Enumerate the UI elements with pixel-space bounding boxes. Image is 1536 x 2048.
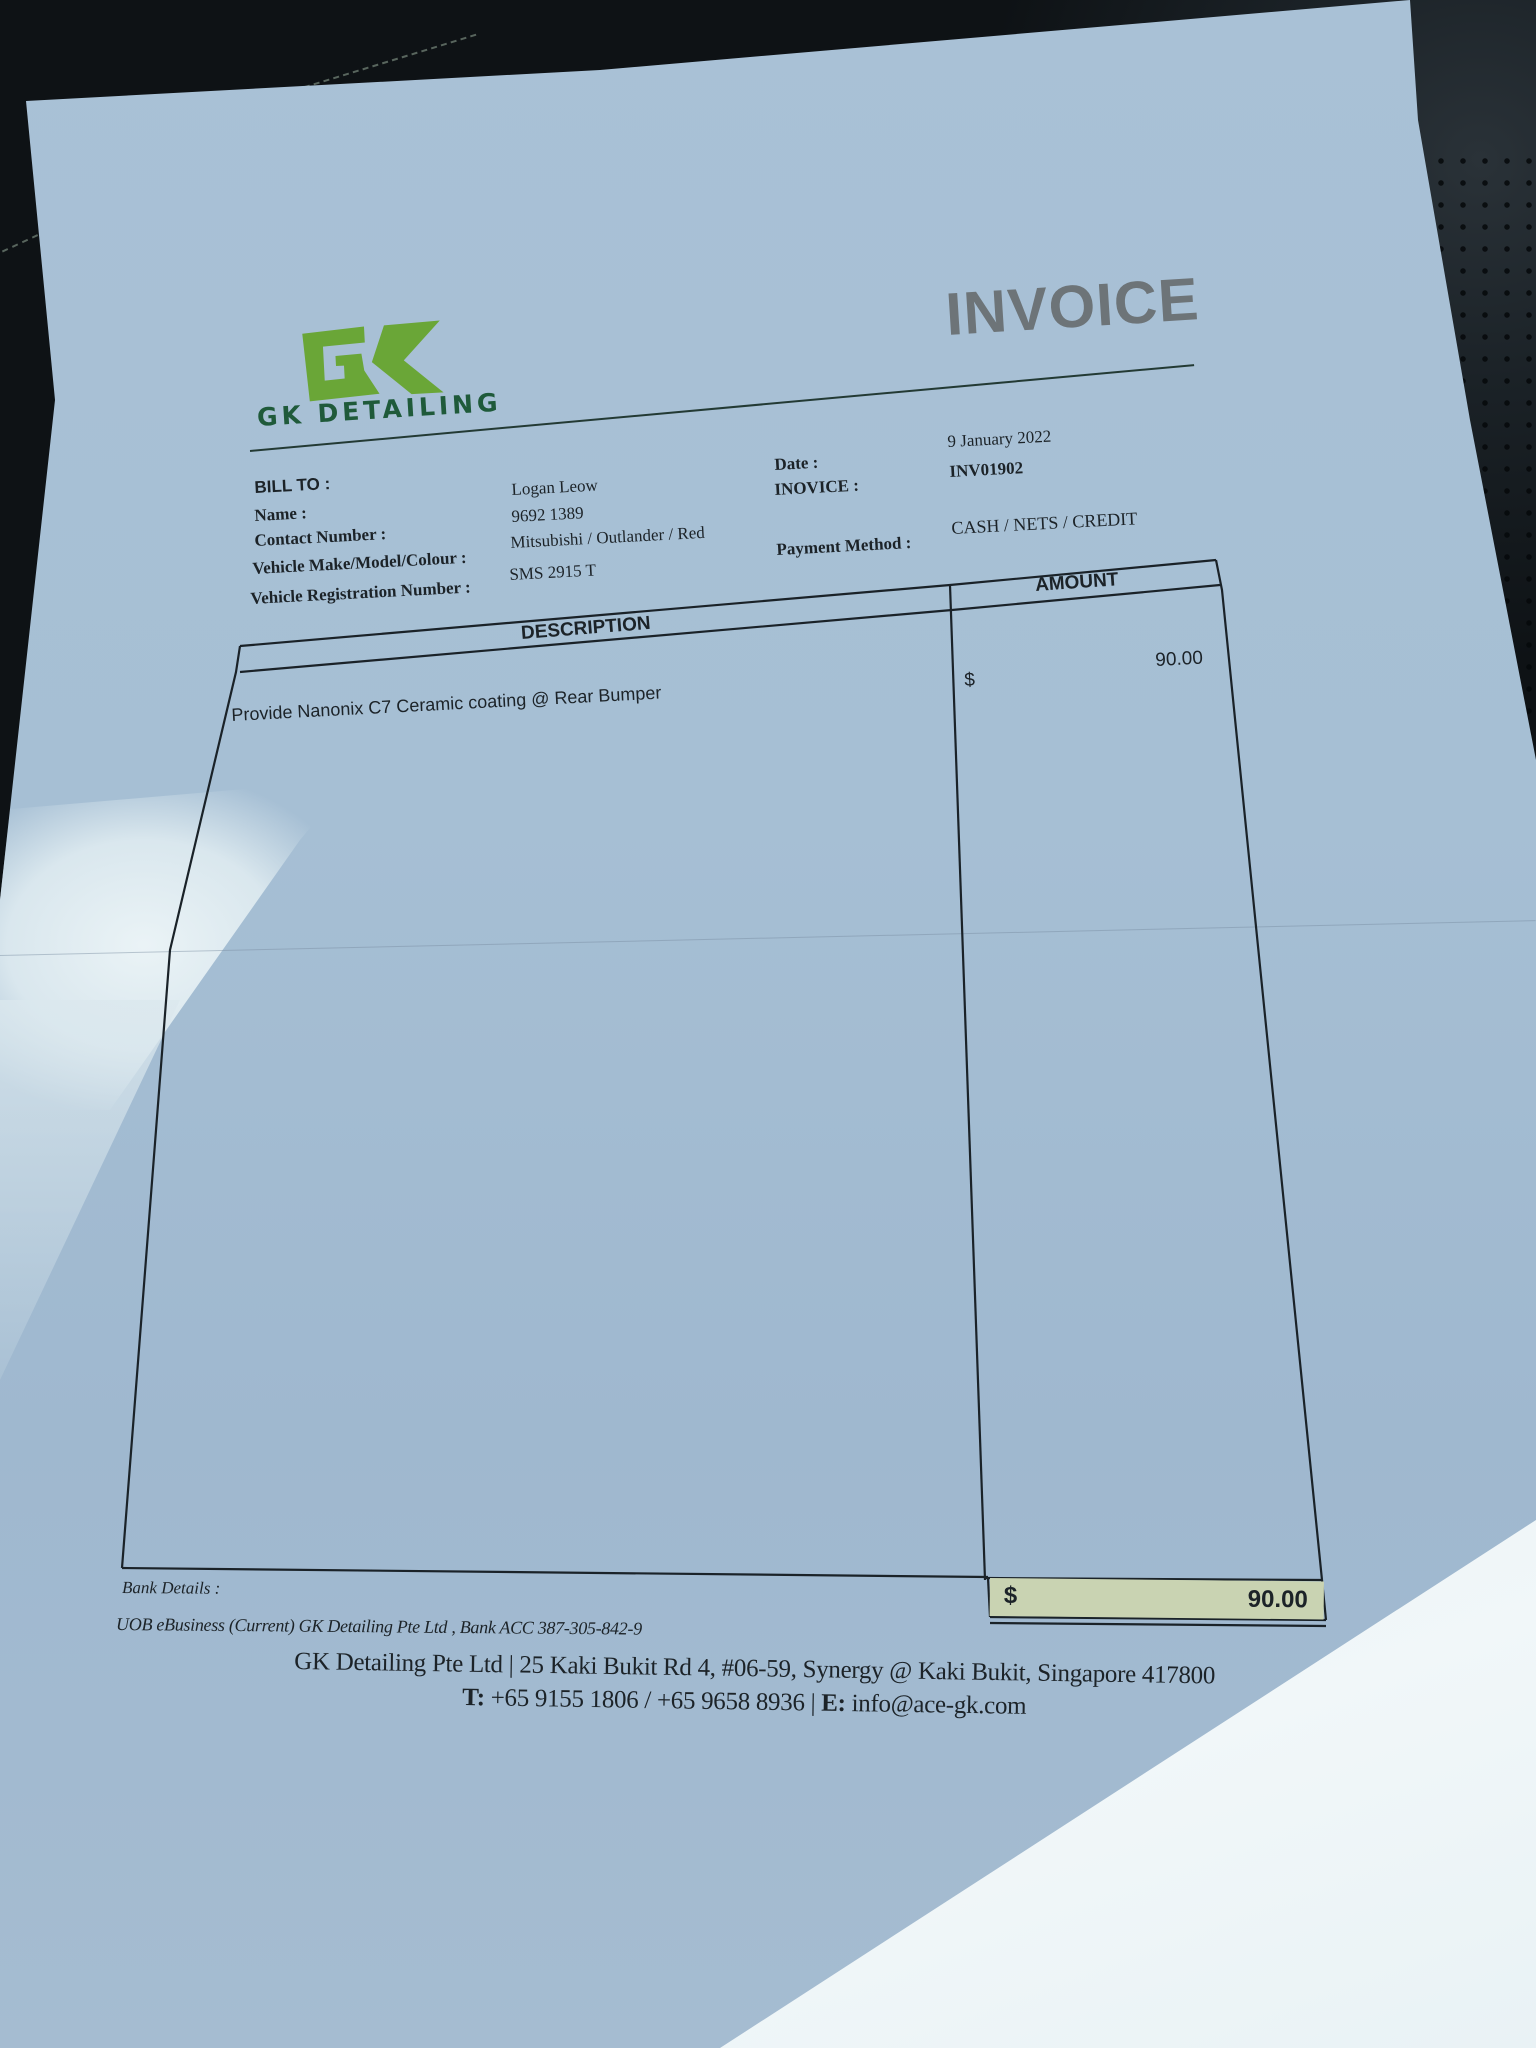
email-label: E: bbox=[821, 1690, 846, 1717]
contact-separator: | bbox=[810, 1689, 815, 1716]
invoice-document: GK DETAILING INVOICE BILL TO : Name : Co… bbox=[0, 0, 1536, 2048]
line-item-amount: 90.00 bbox=[1155, 648, 1204, 672]
total-amount: 90.00 bbox=[1248, 1586, 1308, 1615]
phone-numbers: +65 9155 1806 / +65 9658 8936 bbox=[491, 1684, 805, 1716]
bank-details-label: Bank Details : bbox=[122, 1578, 220, 1599]
invoice-table-frame bbox=[0, 0, 1536, 2048]
total-row: $ 90.00 bbox=[990, 1578, 1324, 1619]
total-currency: $ bbox=[1004, 1582, 1018, 1610]
company-email: info@ace-gk.com bbox=[851, 1690, 1026, 1720]
line-item-currency: $ bbox=[964, 669, 976, 692]
phone-label: T: bbox=[462, 1684, 485, 1711]
